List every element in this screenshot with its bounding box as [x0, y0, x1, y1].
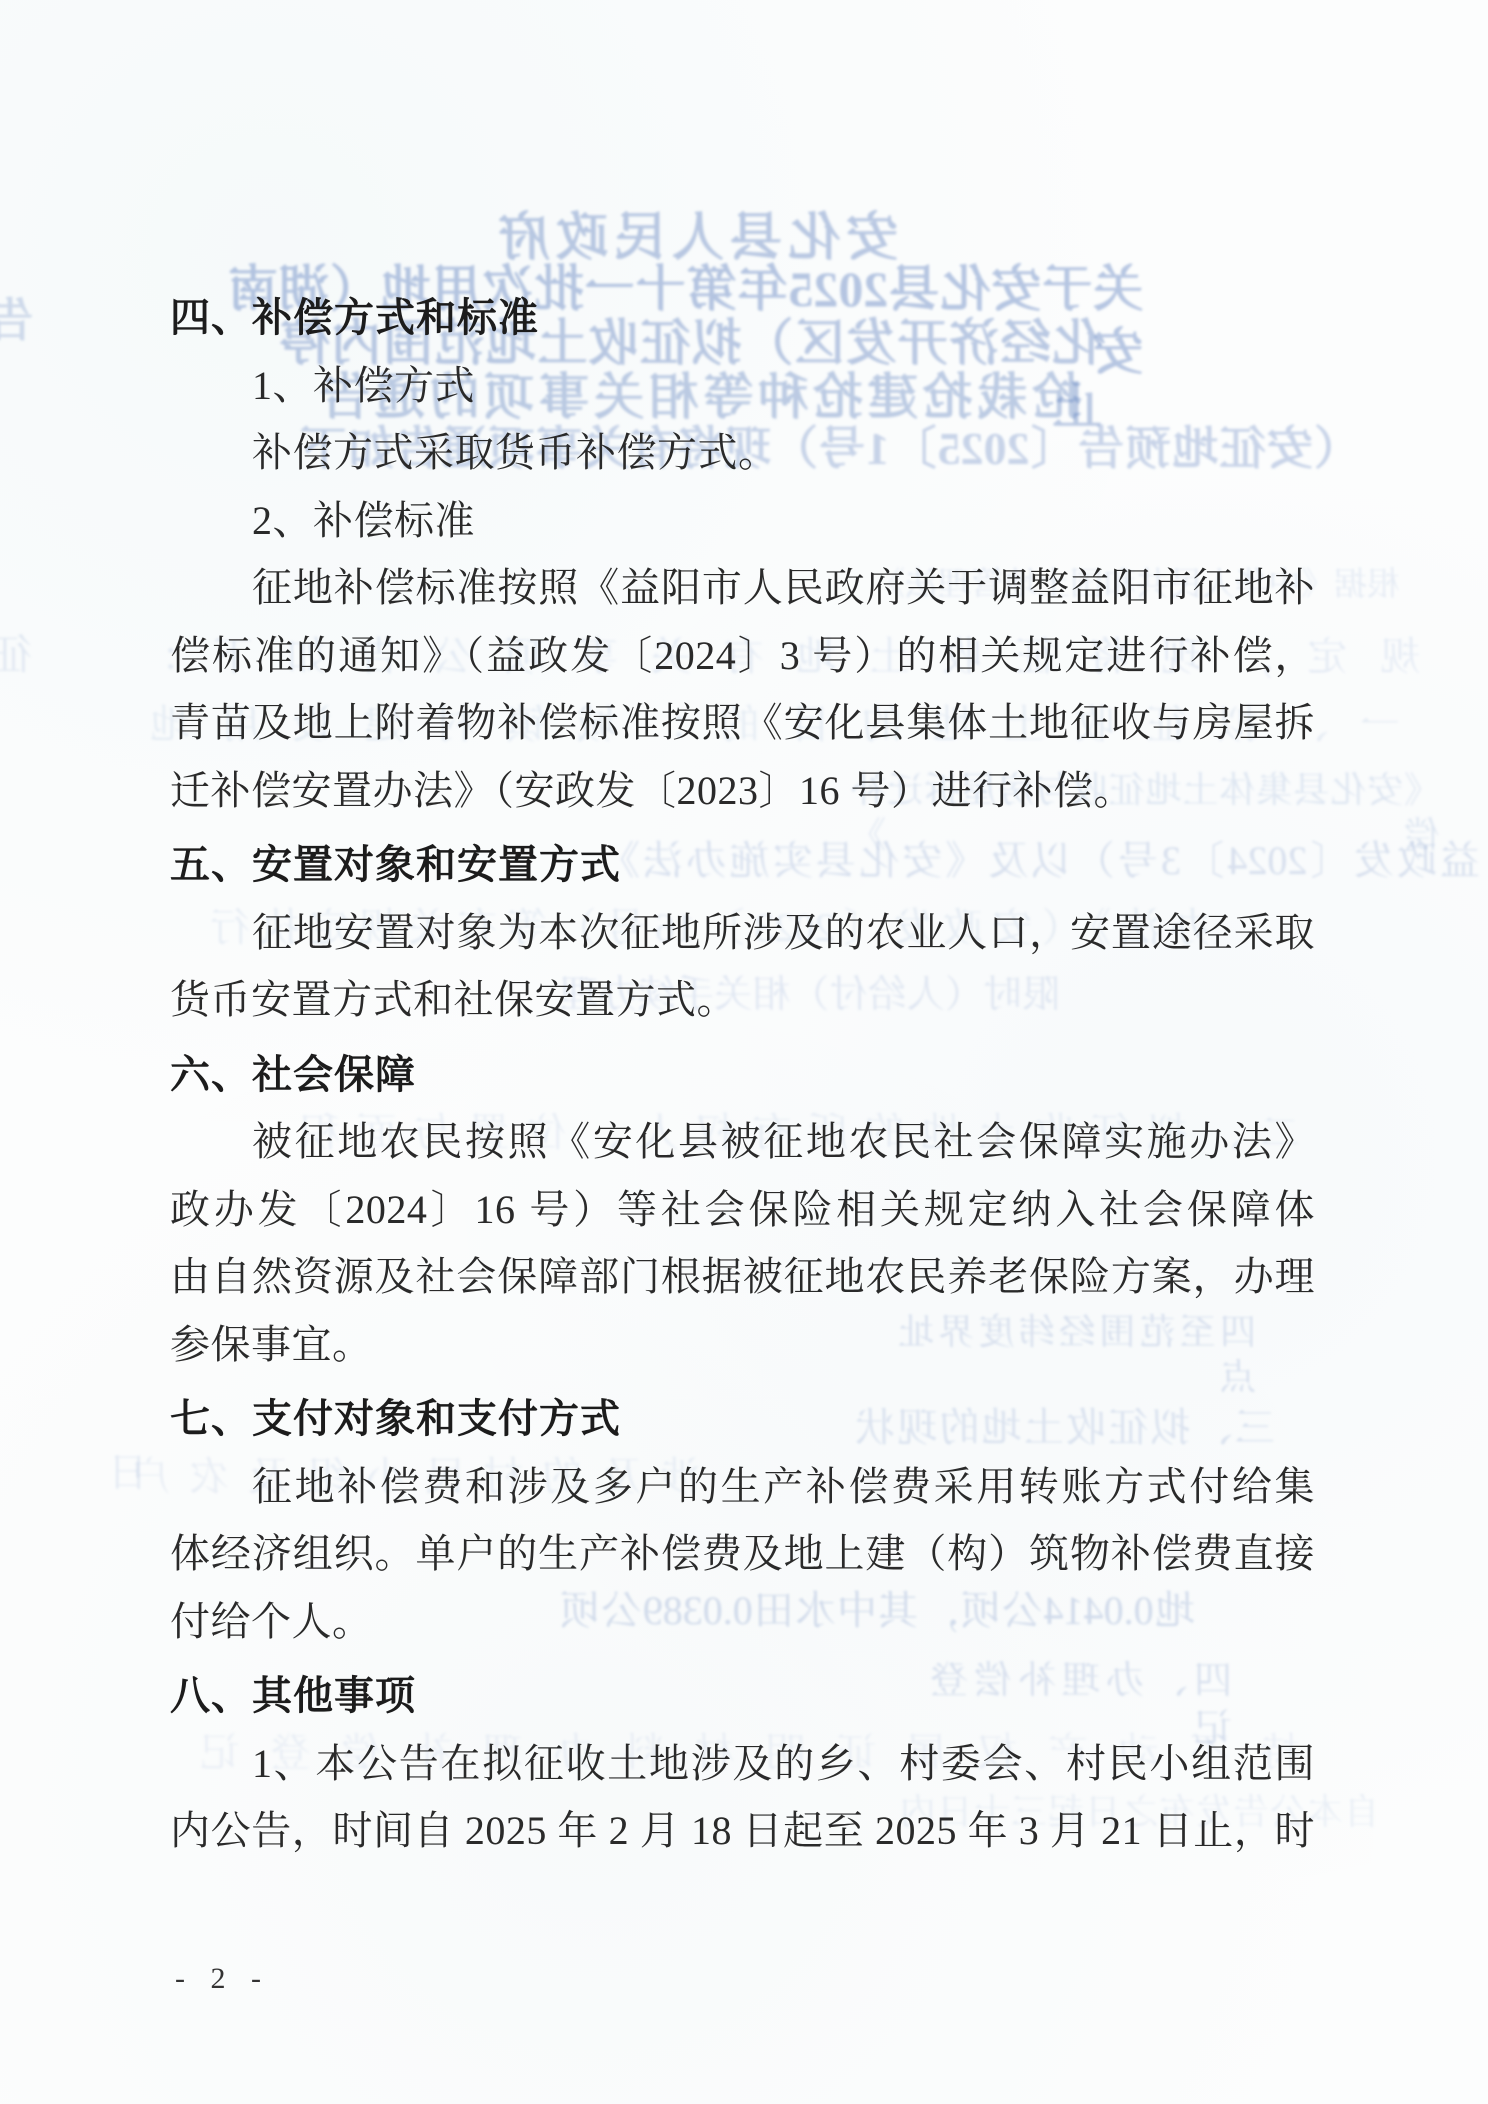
text-line: 参保事宜。 — [170, 1311, 1315, 1379]
text-line: 2、补偿标准 — [170, 487, 1315, 555]
bleedthrough-line: 告 — [0, 292, 33, 350]
text-line: 征地安置对象为本次征地所涉及的农业人口，安置途径采取 — [170, 899, 1315, 967]
bleedthrough-line: 征 — [0, 630, 32, 683]
text-line: 1、补偿方式 — [170, 352, 1315, 420]
text-line: 内公告，时间自 2025 年 2 月 18 日起至 2025 年 3 月 21 … — [170, 1797, 1315, 1865]
text-line: 货币安置方式和社保安置方式。 — [170, 966, 1315, 1034]
text-line: 付给个人。 — [170, 1588, 1315, 1656]
text-line: 补偿方式采取货币补偿方式。 — [170, 419, 1315, 487]
document-body: 四、补偿方式和标准1、补偿方式补偿方式采取货币补偿方式。2、补偿标准征地补偿标准… — [170, 0, 1315, 1865]
text-line: 体经济组织。单户的生产补偿费及地上建（构）筑物补偿费直接 — [170, 1520, 1315, 1588]
text-line: 被征地农民按照《安化县被征地农民社会保障实施办法》(安 — [170, 1108, 1315, 1176]
bleedthrough-line: 日 — [100, 1448, 148, 1498]
page-number: - 2 - — [175, 1962, 270, 1996]
text-line: 四、补偿方式和标准 — [170, 284, 1315, 352]
text-line: 偿标准的通知》（益政发〔2024〕3 号）的相关规定进行补偿， — [170, 622, 1315, 690]
text-line: 政办发〔2024〕16 号）等社会保险相关规定纳入社会保障体系， — [170, 1176, 1315, 1244]
scanned-page: 安化县人民政府关于安化县2025年第十一批次用地（湖南安化经济开发区）拟征收土地… — [0, 0, 1488, 2104]
text-line: 五、安置对象和安置方式 — [170, 831, 1315, 899]
text-line: 1、本公告在拟征收土地涉及的乡、村委会、村民小组范围 — [170, 1730, 1315, 1798]
text-line: 征地补偿标准按照《益阳市人民政府关于调整益阳市征地补 — [170, 554, 1315, 622]
text-line: 六、社会保障 — [170, 1041, 1315, 1109]
text-line: 青苗及地上附着物补偿标准按照《安化县集体土地征收与房屋拆 — [170, 689, 1315, 757]
text-line: 由自然资源及社会保障部门根据被征地农民养老保险方案，办理 — [170, 1243, 1315, 1311]
text-line: 七、支付对象和支付方式 — [170, 1385, 1315, 1453]
text-line: 迁补偿安置办法》（安政发〔2023〕16 号）进行补偿。 — [170, 757, 1315, 825]
text-line: 八、其他事项 — [170, 1662, 1315, 1730]
text-line: 征地补偿费和涉及多户的生产补偿费采用转账方式付给集 — [170, 1453, 1315, 1521]
